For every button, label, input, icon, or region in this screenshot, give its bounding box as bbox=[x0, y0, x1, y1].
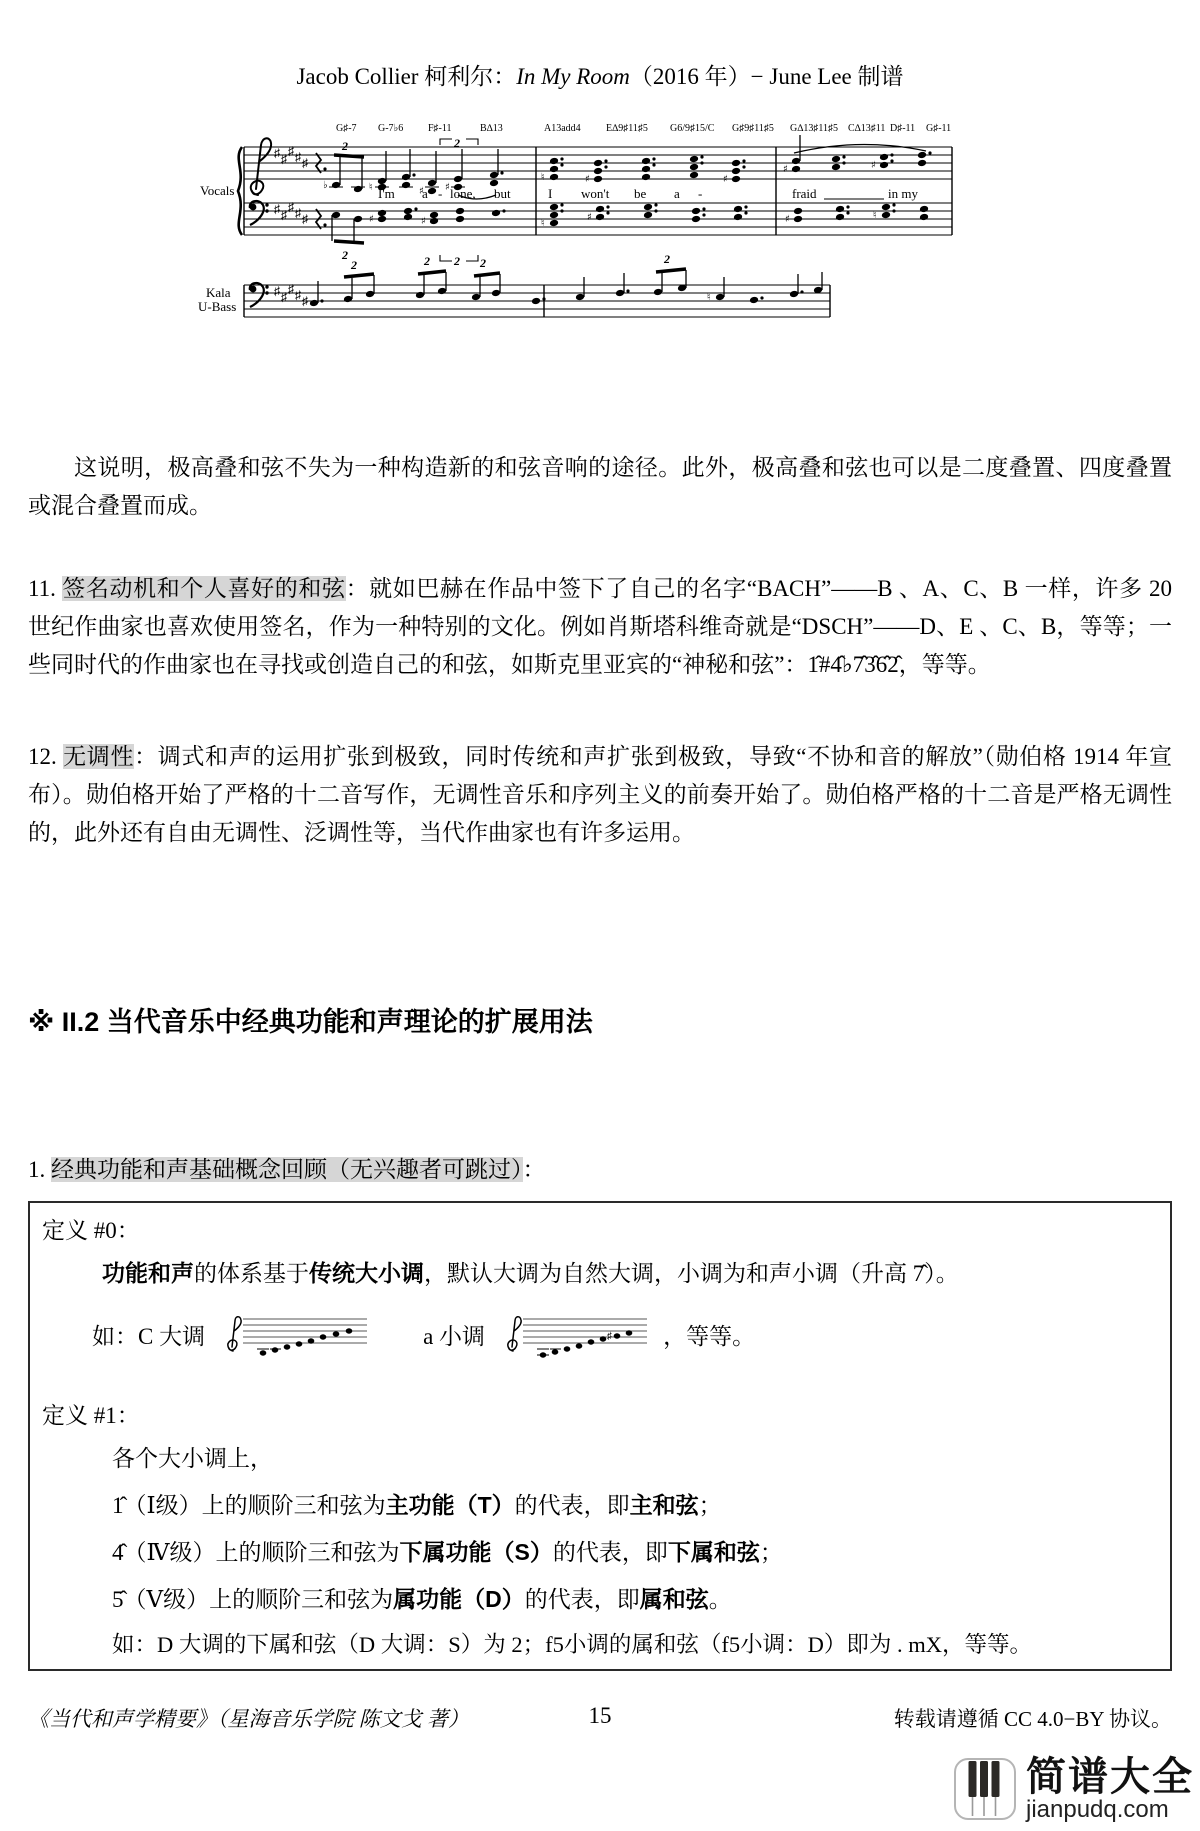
svg-text:♯: ♯ bbox=[295, 150, 301, 164]
key-signature-sharps: ♯♯♯♯♯ ♯♯♯♯♯ ♯♯♯♯♯ bbox=[274, 144, 308, 308]
page-number: 15 bbox=[589, 1703, 612, 1729]
example-c-major-label: 如：C 大调 bbox=[92, 1318, 205, 1351]
paragraph-stacked-chords: 这说明，极高叠和弦不失为一种构造新的和弦音响的途径。此外，极高叠和弦也可以是二度… bbox=[28, 449, 1172, 525]
text-run: 4̂（Ⅳ级）上的顺阶三和弦为 bbox=[112, 1540, 399, 1565]
tuplet-number: 2 bbox=[453, 136, 460, 150]
svg-text:♯: ♯ bbox=[281, 290, 287, 304]
colon: ： bbox=[523, 1157, 546, 1182]
page-title: Jacob Collier 柯利尔：In My Room（2016 年）− Ju… bbox=[0, 58, 1200, 91]
a-minor-scale-staff: ♯ bbox=[499, 1305, 649, 1363]
bold-term: 功能和声 bbox=[102, 1260, 194, 1286]
watermark-text: 简谱大全 jianpudq.com bbox=[1026, 1757, 1194, 1822]
treble-clef-icon bbox=[508, 1317, 521, 1351]
text-run: ； bbox=[699, 1493, 722, 1518]
svg-text:♯: ♯ bbox=[281, 208, 287, 222]
lyric-syllable: fraid bbox=[792, 186, 817, 201]
lyric-syllable: be bbox=[634, 186, 647, 201]
title-prefix: Jacob Collier 柯利尔： bbox=[296, 64, 516, 89]
svg-text:♯: ♯ bbox=[302, 156, 308, 170]
chord-symbol: A13add4 bbox=[544, 123, 581, 134]
bold-term: 属功能（D） bbox=[393, 1586, 525, 1612]
sheet-music-excerpt: G♯-7 G-7♭6 F♯-11 B∆13 A13add4 E∆9♯11♯5 G… bbox=[196, 107, 961, 357]
definition-0-text: 功能和声的体系基于传统大小调，默认大调为自然大调，小调为和声小调（升高 7̂）。 bbox=[42, 1251, 1158, 1296]
lyric-syllable: I'm bbox=[378, 186, 395, 201]
chord-symbols: G♯-7 G-7♭6 F♯-11 B∆13 A13add4 E∆9♯11♯5 G… bbox=[336, 123, 951, 134]
bold-term: 下属功能（S） bbox=[399, 1539, 552, 1565]
lyric-syllable: a bbox=[674, 186, 680, 201]
vocals-label: Vocals bbox=[200, 183, 234, 198]
rest-dot bbox=[323, 223, 326, 226]
page-footer: 《当代和声学精要》（星海音乐学院 陈文戈 著） 15 转载请遵循 CC 4.0−… bbox=[28, 1703, 1172, 1733]
treble-clef-icon bbox=[228, 1317, 241, 1351]
svg-text:♮: ♮ bbox=[369, 182, 373, 193]
ubass-label-line1: Kala bbox=[206, 285, 231, 300]
section-heading: ※ II.2 当代音乐中经典功能和声理论的扩展用法 bbox=[28, 1000, 1172, 1039]
tuplet-number: 2 bbox=[350, 258, 357, 272]
svg-text:♯: ♯ bbox=[723, 174, 728, 185]
svg-text:♮: ♮ bbox=[541, 218, 545, 229]
chord-symbol: D♯-11 bbox=[890, 123, 915, 134]
scale-notes: ♯ bbox=[537, 1330, 632, 1357]
item-number: 1. bbox=[28, 1157, 51, 1182]
svg-text:♯: ♯ bbox=[783, 164, 788, 175]
watermark-site-name: 简谱大全 bbox=[1026, 1757, 1194, 1797]
paragraph-text: ：调式和声的运用扩张到极致，同时传统和声扩张到极致，导致“不协和音的解放”（勋伯… bbox=[28, 744, 1172, 845]
chord-symbol: E∆9♯11♯5 bbox=[606, 123, 648, 134]
bass-clef-icon bbox=[250, 283, 269, 307]
text-run: 的体系基于 bbox=[194, 1261, 309, 1286]
text-run: 5̂（Ⅴ级）上的顺阶三和弦为 bbox=[112, 1587, 393, 1612]
ubass-label-line2: U-Bass bbox=[198, 299, 236, 314]
svg-text:♯: ♯ bbox=[421, 216, 426, 227]
scale-notes bbox=[257, 1328, 352, 1355]
definition-1-label: 定义 #1： bbox=[42, 1396, 1158, 1436]
svg-text:♯: ♯ bbox=[288, 144, 294, 158]
bold-term: 主和弦 bbox=[630, 1492, 699, 1518]
tuplet-number: 2 bbox=[341, 139, 348, 153]
footer-book-title: 《当代和声学精要》（星海音乐学院 陈文戈 著） bbox=[28, 1707, 469, 1731]
lyric-syllable: in my bbox=[888, 186, 918, 201]
text-run: ，默认大调为自然大调，小调为和声小调（升高 7̂）。 bbox=[424, 1261, 959, 1286]
text-run: 1̂（Ⅰ级）上的顺阶三和弦为 bbox=[112, 1493, 386, 1518]
paragraph-item-11: 11. 签名动机和个人喜好的和弦：就如巴赫在作品中签下了自己的名字“BACH”—… bbox=[28, 570, 1172, 684]
subsection-1-title: 1. 经典功能和声基础概念回顾（无兴趣者可跳过）： bbox=[28, 1151, 1172, 1189]
svg-text:♮: ♮ bbox=[541, 172, 545, 183]
site-watermark: 简谱大全 jianpudq.com bbox=[953, 1757, 1194, 1822]
chord-symbol: G♯-7 bbox=[336, 123, 357, 134]
svg-text:♯: ♯ bbox=[274, 202, 280, 216]
example-tail: ，等等。 bbox=[663, 1318, 755, 1351]
system-brace bbox=[238, 147, 242, 235]
staff-labels: Vocals Kala U-Bass bbox=[198, 183, 236, 314]
chord-symbol: G6/9♯15/C bbox=[670, 123, 715, 134]
definition-1-subdominant: 4̂（Ⅳ级）上的顺阶三和弦为下属功能（S）的代表，即下属和弦； bbox=[112, 1529, 1158, 1576]
svg-text:♯: ♯ bbox=[295, 206, 301, 220]
tuplet-numbers: 2 2 2 2 2 2 2 2 bbox=[341, 136, 670, 272]
title-work-name: In My Room bbox=[516, 64, 630, 89]
bass-clef-icon bbox=[250, 201, 269, 225]
highlighted-term: 签名动机和个人喜好的和弦 bbox=[62, 576, 345, 601]
definition-1-intro: 各个大小调上， bbox=[112, 1436, 1158, 1482]
chord-symbol: B∆13 bbox=[480, 123, 503, 134]
chord-symbol: G♯-11 bbox=[926, 123, 951, 134]
svg-text:♯: ♯ bbox=[302, 294, 308, 308]
definition-1-example: 如：D 大调的下属和弦（D 大调：S）为 2；f5小调的属和弦（f5小调：D）即… bbox=[112, 1623, 1158, 1667]
svg-text:♯: ♯ bbox=[302, 212, 308, 226]
svg-text:♯: ♯ bbox=[785, 214, 790, 225]
quarter-rests bbox=[316, 153, 321, 229]
chord-symbol: C∆13♯11 bbox=[848, 123, 885, 134]
piano-keys-icon bbox=[953, 1757, 1017, 1821]
item-number: 12. bbox=[28, 744, 63, 769]
svg-text:♯: ♯ bbox=[281, 152, 287, 166]
definition-1-tonic: 1̂（Ⅰ级）上的顺阶三和弦为主功能（T）的代表，即主和弦； bbox=[112, 1482, 1158, 1529]
definitions-box: 定义 #0： 功能和声的体系基于传统大小调，默认大调为自然大调，小调为和声小调（… bbox=[28, 1201, 1172, 1671]
svg-text:♯: ♯ bbox=[274, 146, 280, 160]
paragraph-text: 这说明，极高叠和弦不失为一种构造新的和弦音响的途径。此外，极高叠和弦也可以是二度… bbox=[28, 455, 1172, 518]
tuplet-number: 2 bbox=[423, 254, 430, 268]
lyric-syllable: I bbox=[548, 186, 552, 201]
bold-term: 主功能（T） bbox=[386, 1492, 515, 1518]
example-a-minor-label: a 小调 bbox=[423, 1318, 485, 1351]
text-run: 的代表，即 bbox=[553, 1540, 668, 1565]
item-number: 11. bbox=[28, 576, 62, 601]
lyric-syllable: a bbox=[422, 186, 428, 201]
lyric-syllable: won't bbox=[581, 186, 610, 201]
tuplet-number: 2 bbox=[663, 252, 670, 266]
scale-examples-row: 如：C 大调 a 小调 bbox=[92, 1302, 1158, 1366]
title-suffix: （2016 年）− June Lee 制谱 bbox=[630, 64, 904, 89]
svg-text:♯: ♯ bbox=[288, 200, 294, 214]
svg-text:♯: ♯ bbox=[871, 160, 876, 171]
svg-text:♭: ♭ bbox=[323, 180, 328, 191]
watermark-site-url: jianpudq.com bbox=[1026, 1797, 1169, 1822]
highlighted-term: 经典功能和声基础概念回顾（无兴趣者可跳过） bbox=[51, 1157, 523, 1182]
chord-symbol: G∆13♯11♯5 bbox=[790, 123, 838, 134]
score-svg: G♯-7 G-7♭6 F♯-11 B∆13 A13add4 E∆9♯11♯5 G… bbox=[196, 107, 961, 357]
chord-symbol: G♯9♯11♯5 bbox=[732, 123, 774, 134]
lyric-syllable: - bbox=[438, 186, 442, 201]
lyric-syllable: - bbox=[698, 186, 702, 201]
text-run: 。 bbox=[709, 1587, 732, 1612]
rest-dot bbox=[323, 167, 326, 170]
text-run: 的代表，即 bbox=[525, 1587, 640, 1612]
definition-1-dominant: 5̂（Ⅴ级）上的顺阶三和弦为属功能（D）的代表，即属和弦。 bbox=[112, 1576, 1158, 1623]
svg-text:♯: ♯ bbox=[585, 174, 590, 185]
tuplet-number: 2 bbox=[479, 256, 486, 270]
chord-symbol: G-7♭6 bbox=[378, 123, 403, 134]
svg-text:♮: ♮ bbox=[873, 210, 877, 221]
svg-text:♯: ♯ bbox=[274, 284, 280, 298]
sharp-accidental: ♯ bbox=[607, 1331, 612, 1342]
svg-text:♯: ♯ bbox=[587, 212, 592, 223]
text-run: ； bbox=[760, 1540, 783, 1565]
svg-text:♯: ♯ bbox=[369, 214, 374, 225]
chord-symbol: F♯-11 bbox=[428, 123, 452, 134]
svg-text:♮: ♮ bbox=[707, 292, 711, 303]
lyric-syllable: but bbox=[494, 186, 511, 201]
highlighted-term: 无调性 bbox=[63, 744, 134, 769]
svg-text:♯: ♯ bbox=[295, 288, 301, 302]
paragraph-item-12: 12. 无调性：调式和声的运用扩张到极致，同时传统和声扩张到极致，导致“不协和音… bbox=[28, 738, 1172, 852]
footer-license: 转载请遵循 CC 4.0−BY 协议。 bbox=[894, 1703, 1172, 1733]
tuplet-number: 2 bbox=[453, 254, 460, 268]
definition-0-label: 定义 #0： bbox=[42, 1211, 1158, 1251]
c-major-scale-staff bbox=[219, 1305, 369, 1363]
lyric-syllable: lone, bbox=[450, 186, 476, 201]
score-notes-bass: ♯♯♮♯♯♮ bbox=[331, 203, 929, 243]
score-notes-treble: ♭♮♯♯♮♯♯♯♯ bbox=[323, 135, 932, 197]
bold-term: 下属和弦 bbox=[668, 1539, 760, 1565]
bold-term: 属和弦 bbox=[640, 1586, 709, 1612]
svg-text:♯: ♯ bbox=[288, 282, 294, 296]
tuplet-number: 2 bbox=[341, 248, 348, 262]
text-run: 的代表，即 bbox=[515, 1493, 630, 1518]
bold-term: 传统大小调 bbox=[309, 1260, 424, 1286]
slurs bbox=[458, 144, 926, 199]
